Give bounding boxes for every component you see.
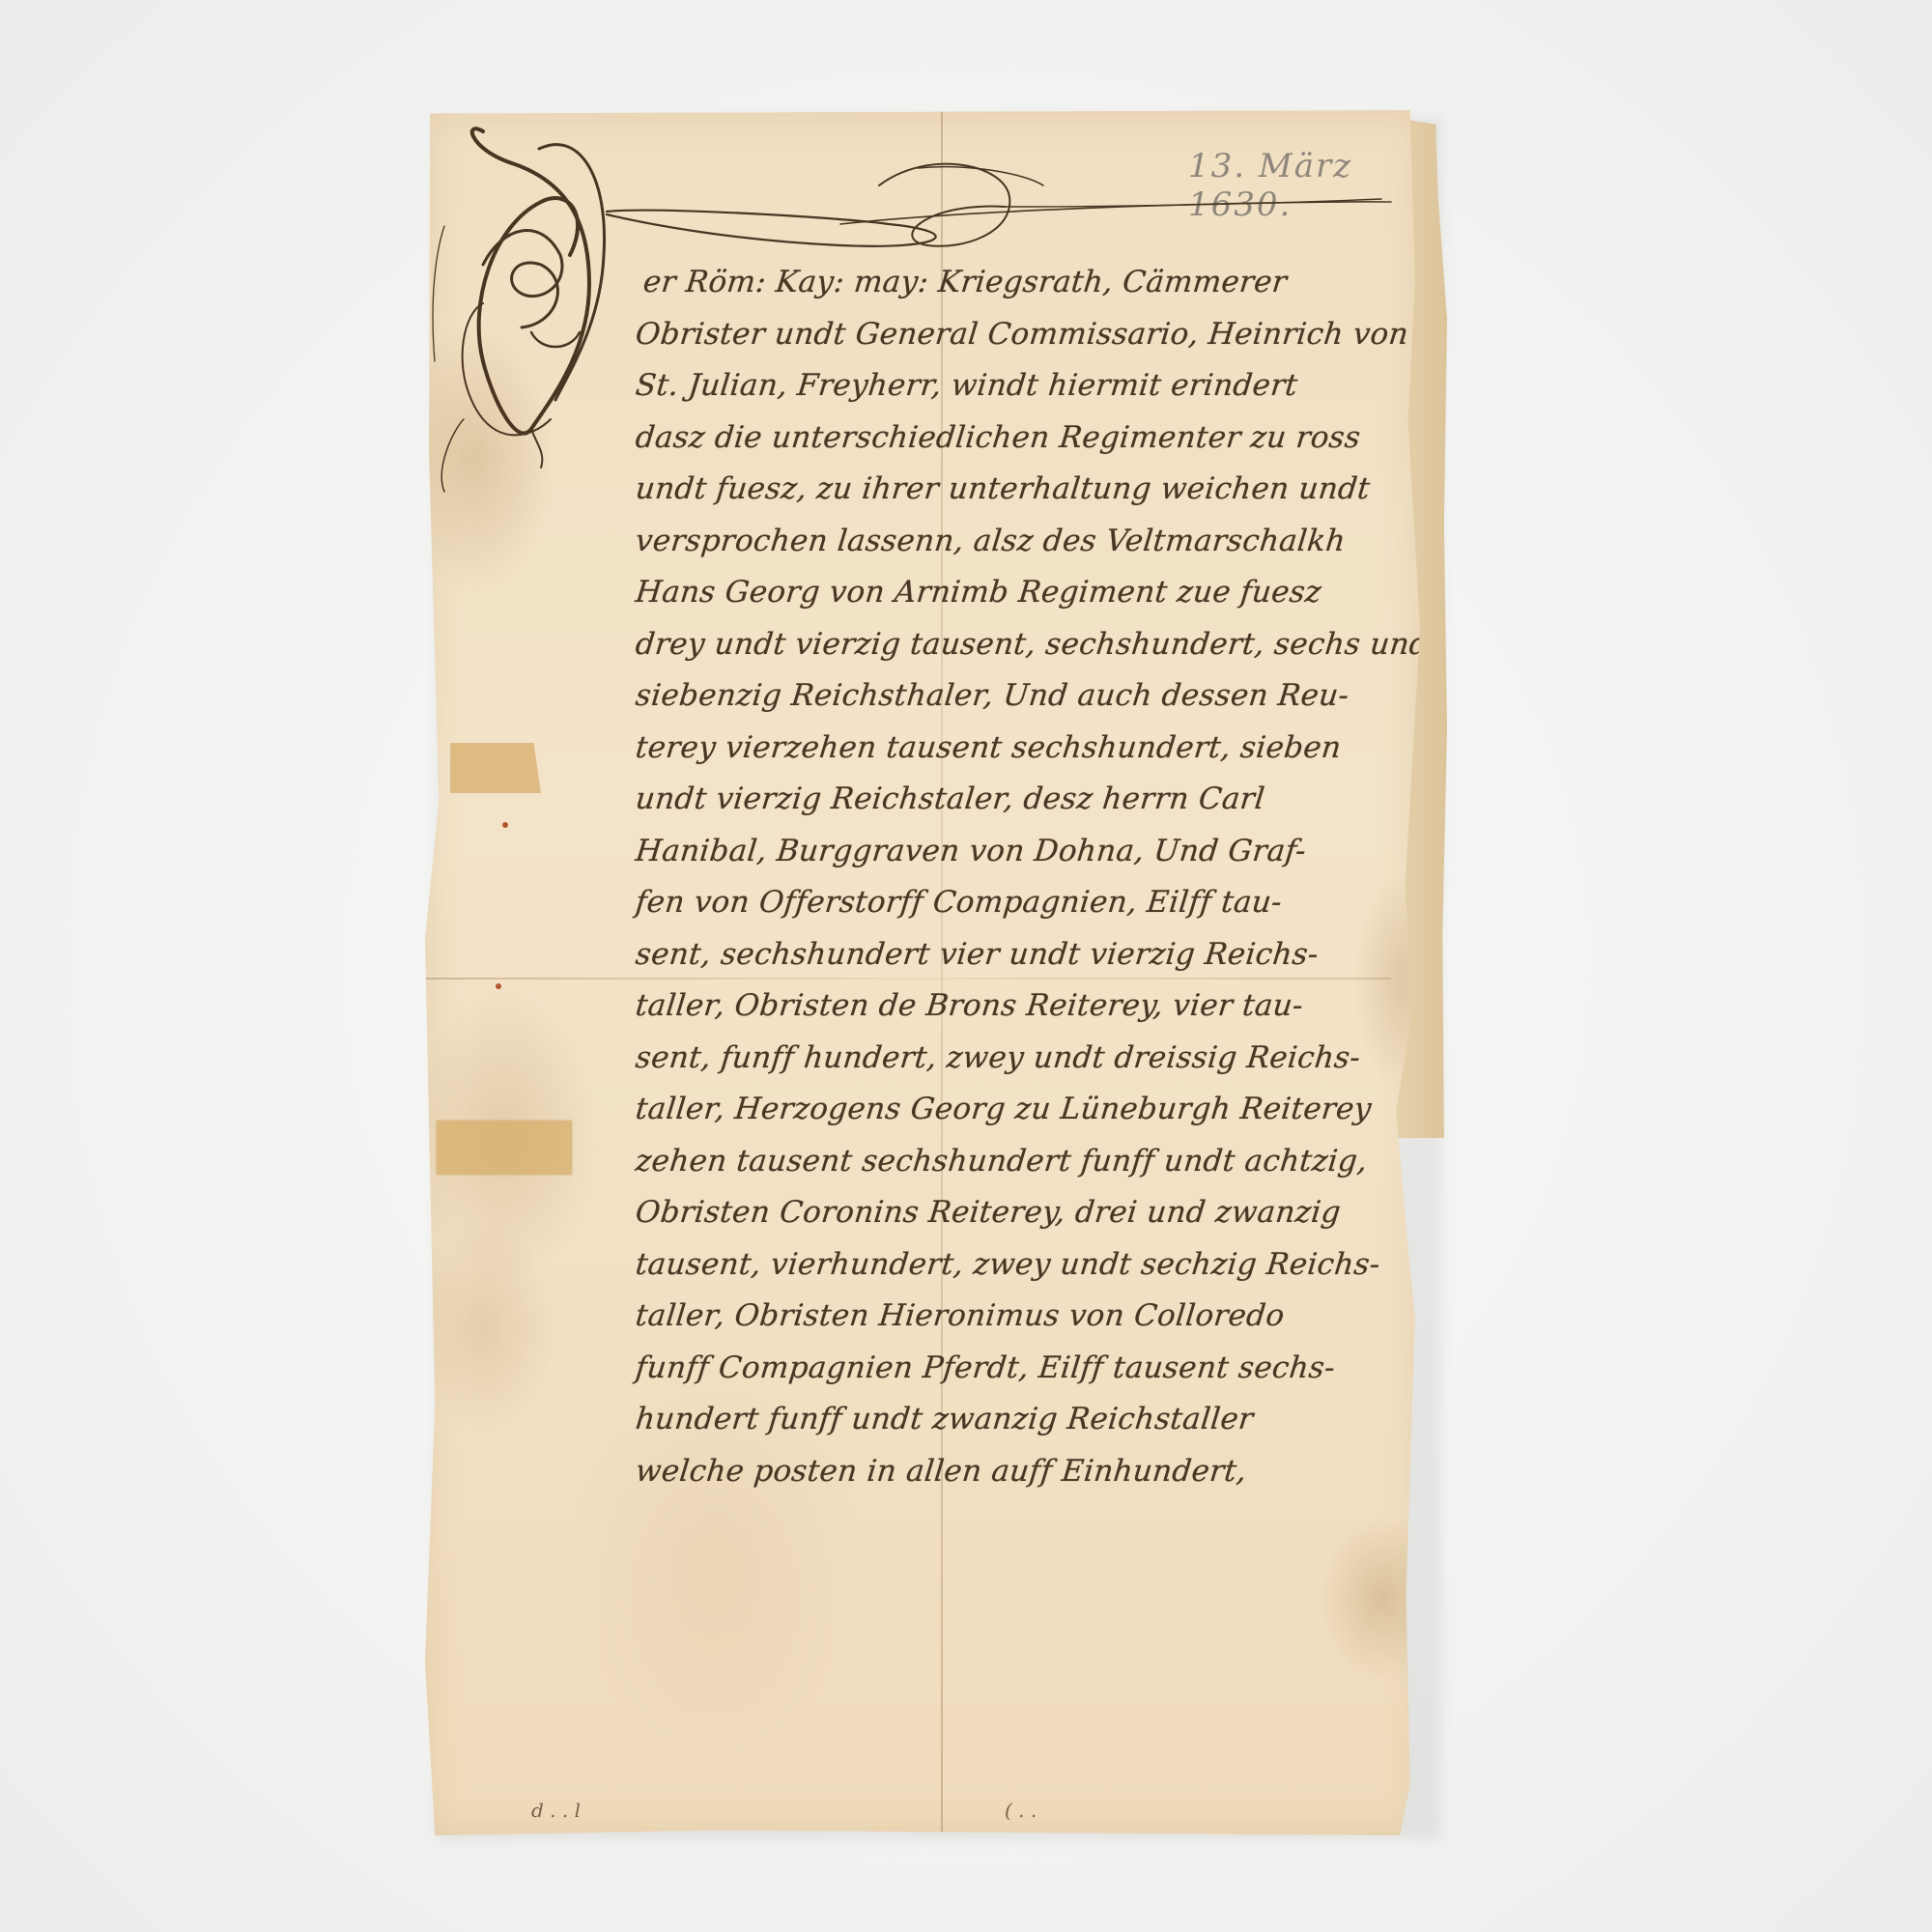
text-line: fen von Offerstorff Compagnien, Eilff ta… [633, 877, 1411, 929]
text-line: taller, Obristen Hieronimus von Collored… [633, 1291, 1411, 1343]
text-line: sent, funff hundert, zwey undt dreissig … [633, 1033, 1411, 1085]
text-line: sent, sechshundert vier undt vierzig Rei… [633, 929, 1411, 981]
text-line: versprochen lassenn, alsz des Veltmarsch… [633, 516, 1411, 568]
text-line: siebenzig Reichsthaler, Und auch dessen … [633, 670, 1411, 723]
text-line: Obrister undt General Commissario, Heinr… [633, 309, 1411, 361]
text-line: undt vierzig Reichstaler, desz herrn Car… [633, 774, 1411, 826]
text-line: taller, Herzogens Georg zu Lüneburgh Rei… [633, 1084, 1411, 1136]
bottom-ink-fragment: ( . . [1005, 1799, 1037, 1822]
pencil-date-note: 13. März 1630. [1188, 147, 1420, 224]
text-line: hundert funff undt zwanzig Reichstaller [633, 1394, 1411, 1446]
manuscript-text: er Röm: Kay: may: Kriegsrath, Cämmerer O… [636, 257, 1408, 1497]
manuscript-page: 13. März 1630. er Röm: Kay: [425, 110, 1420, 1835]
tape-strip-top [450, 743, 541, 793]
text-line: zehen tausent sechshundert funff undt ac… [633, 1136, 1411, 1188]
text-line: taller, Obristen de Brons Reiterey, vier… [633, 980, 1411, 1033]
text-line: St. Julian, Freyherr, windt hiermit erin… [633, 360, 1411, 412]
text-line: funff Compagnien Pferdt, Eilff tausent s… [633, 1343, 1411, 1395]
text-line: Hans Georg von Arnimb Regiment zue fuesz [633, 567, 1411, 619]
text-line: tausent, vierhundert, zwey undt sechzig … [633, 1239, 1411, 1292]
text-line: dasz die unterschiedlichen Regimenter zu… [633, 412, 1411, 465]
bottom-ink-fragment: d . . l [531, 1799, 581, 1822]
text-line: Hanibal, Burggraven von Dohna, Und Graf- [633, 826, 1411, 878]
text-line: welche posten in allen auff Einhundert, [633, 1446, 1411, 1498]
text-line: undt fuesz, zu ihrer unterhaltung weiche… [633, 464, 1411, 516]
text-line: Obristen Coronins Reiterey, drei und zwa… [633, 1187, 1411, 1239]
photo-background: 13. März 1630. er Röm: Kay: [0, 0, 1932, 1932]
red-spot [502, 822, 508, 828]
text-line: drey undt vierzig tausent, sechshundert,… [633, 619, 1411, 671]
text-line: terey vierzehen tausent sechshundert, si… [633, 723, 1411, 775]
tape-strip-bottom [437, 1121, 572, 1175]
text-line: er Röm: Kay: may: Kriegsrath, Cämmerer [633, 257, 1411, 309]
red-spot [496, 983, 501, 989]
